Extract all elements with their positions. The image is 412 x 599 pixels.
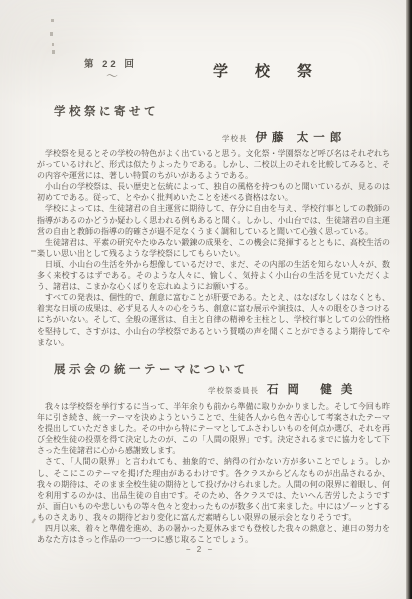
author-role: 学校祭委員長 [208, 386, 259, 395]
tilde-decoration: 〜 [106, 67, 118, 84]
author-role: 学校長 [222, 134, 248, 143]
essay-body-principal: 学校祭を見るとその学校の特色がよく出ていると思う。文化祭・学園祭など呼び名はそれ… [37, 148, 390, 348]
document-page: 第 22 回 〜 学校祭 学校祭に寄せて 学校長伊藤 太一郎 学校祭を見るとその… [0, 0, 412, 599]
author-name: 石岡 健美 [267, 384, 361, 396]
section-heading-greeting: 学校祭に寄せて [54, 103, 159, 119]
paragraph: 我々は学校祭を挙行するに当って、半年余りも前から準備に取りかかりました。そして今… [37, 401, 390, 456]
paragraph: 小山台の学校祭は、長い歴史と伝統によって、独自の風格を持つものと聞いているが、見… [37, 181, 390, 203]
scan-speck [52, 43, 54, 46]
paragraph: 四月以来、着々と準備を進め、あの暑かった夏休みまでも登校した我々の熱意と、連日の… [37, 523, 390, 545]
paragraph: 学校によっては、生徒諸君の自主運営に期待して、存分に自由を与え、学校行事としての… [37, 203, 390, 236]
paragraph: 生徒諸君は、平素の研究やたゆみない鍛錬の成果を、この機会に発揮するとともに、高校… [37, 237, 390, 259]
section-heading-theme: 展示会の統一テーマについて [54, 361, 249, 377]
scan-speck [31, 518, 35, 523]
author-line-principal: 学校長伊藤 太一郎 [222, 128, 346, 146]
page-number: − 2 − [0, 545, 400, 554]
scan-speck [31, 250, 36, 252]
essay-body-chair: 我々は学校祭を挙行するに当って、半年余りも前から準備に取りかかりました。そして今… [37, 401, 390, 545]
scan-speck [51, 19, 54, 22]
author-name: 伊藤 太一郎 [256, 132, 347, 144]
paragraph: すべての発表は、個性的で、創意に富むことが肝要である。たとえ、はなばなしくはなく… [37, 292, 390, 347]
scan-edge-shadow [406, 0, 412, 599]
scan-speck [52, 50, 55, 54]
page-title: 学校祭 [213, 60, 339, 81]
paragraph: 日頃、小山台の生活を外から想像しているだけで、まだ、その内部の生活を知らない人々… [37, 259, 390, 292]
scan-speck [50, 32, 53, 36]
paragraph: 学校祭を見るとその学校の特色がよく出ていると思う。文化祭・学園祭など呼び名はそれ… [37, 148, 390, 181]
paragraph: さて、「人間の限界」と言われても、抽象的で、納得の行かない方が多いことでしょう。… [37, 456, 390, 523]
author-line-chair: 学校祭委員長石岡 健美 [208, 380, 361, 398]
